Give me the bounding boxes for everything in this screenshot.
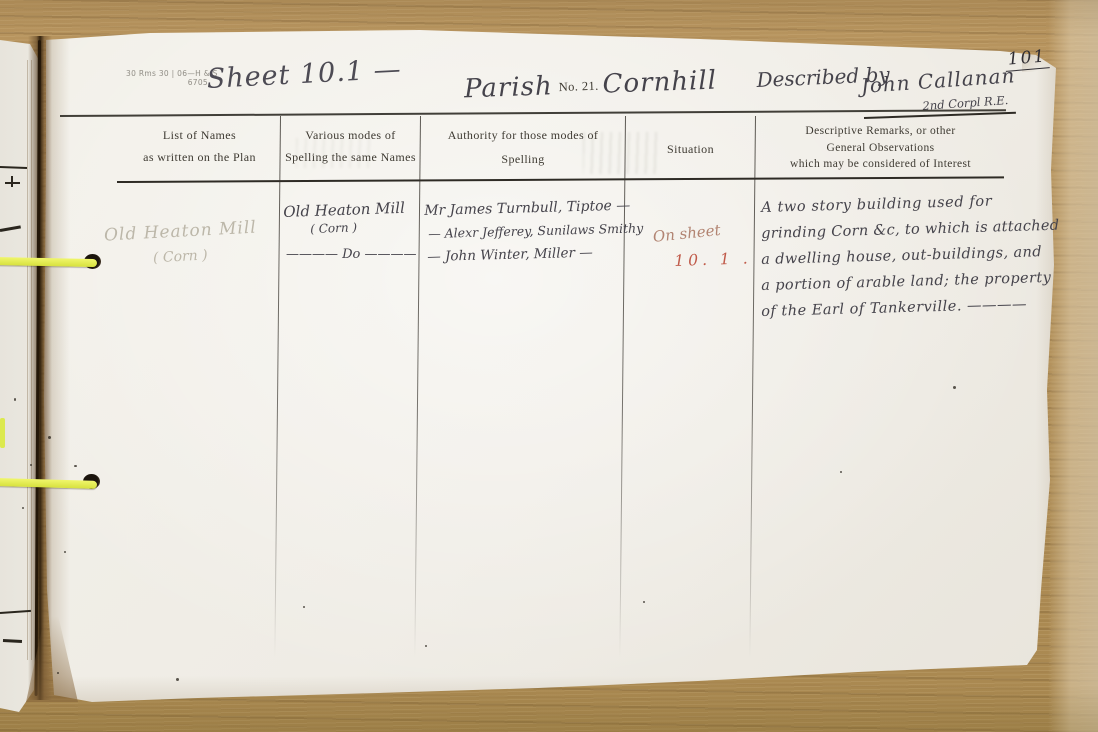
col-header-spelling-line1: Various modes of — [281, 128, 420, 143]
ink-speck — [303, 606, 305, 608]
ink-speck — [953, 386, 956, 389]
parish-script-word: Parish — [464, 71, 554, 104]
cord-glimpse — [0, 418, 5, 448]
ink-speck — [57, 672, 59, 674]
edge-ink-fragment — [11, 176, 13, 187]
ink-speck — [74, 465, 77, 467]
ink-speck — [64, 551, 66, 553]
wood-table-right — [1048, 0, 1098, 732]
col-header-remarks-line2: General Observations — [756, 142, 1005, 154]
col-header-remarks-line1: Descriptive Remarks, or other — [756, 125, 1005, 137]
col-header-authority-line1: Authority for those modes of — [421, 128, 625, 143]
ink-speck — [14, 398, 16, 401]
situation-line2: 10. 1 . — [674, 249, 752, 270]
wood-table-top — [0, 0, 1098, 36]
col-header-names-line1: List of Names — [119, 128, 280, 143]
col-header-remarks-line3: which may be considered of Interest — [756, 158, 1005, 170]
ink-speck — [643, 601, 645, 603]
page-number: 101 — [1004, 46, 1050, 72]
col-header-authority-line2: Spelling — [421, 152, 625, 167]
ink-speck — [425, 645, 427, 647]
ink-speck — [48, 436, 51, 439]
spelling-ditto: ———— Do ———— — [286, 247, 412, 262]
ink-speck — [840, 471, 842, 473]
parish-number-printed: No. 21. — [558, 79, 598, 95]
ink-speck — [22, 507, 24, 509]
col-header-situation: Situation — [626, 142, 755, 157]
ink-speck — [176, 678, 179, 681]
col-header-names-line2: as written on the Plan — [119, 150, 280, 165]
col-header-spelling-line2: Spelling the same Names — [281, 150, 420, 165]
parish-name-script: Cornhill — [602, 66, 717, 100]
spelling-line2: ( Corn ) — [310, 220, 357, 236]
ink-speck — [30, 464, 32, 466]
